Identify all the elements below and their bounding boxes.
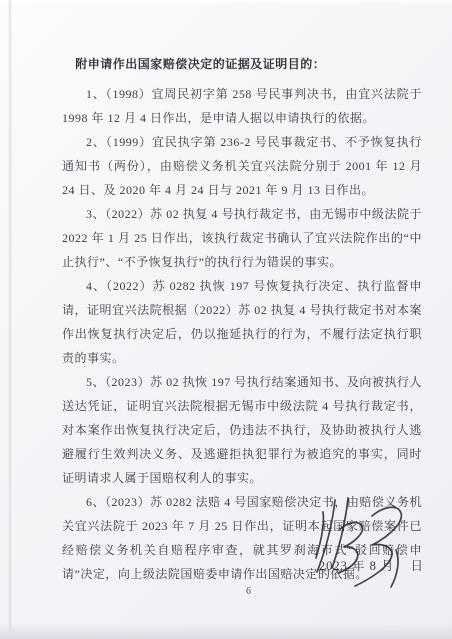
page-number: 6 [246, 586, 251, 597]
paragraph: 5、（2023）苏 02 执恢 197 号执行结案通知书、及向被执行人送达凭证，… [62, 370, 422, 490]
paragraph-list: 1、（1998）宜周民初字第 258 号民事判决书，由宜兴法院于 1998 年 … [62, 82, 422, 586]
paragraph: 3、（2022）苏 02 执复 4 号执行裁定书，由无锡市中级法院于 2022 … [62, 202, 422, 274]
date-prefix: 2023 年 8 月 [319, 559, 395, 573]
scanned-document-page: 附申请作出国家赔偿决定的证据及证明目的： 1、（1998）宜周民初字第 258 … [0, 0, 452, 639]
date-line: 2023 年 8 月日 [319, 556, 424, 574]
paragraph: 1、（1998）宜周民初字第 258 号民事判决书，由宜兴法院于 1998 年 … [62, 82, 422, 130]
document-body: 附申请作出国家赔偿决定的证据及证明目的： 1、（1998）宜周民初字第 258 … [62, 52, 422, 586]
paragraph: 4、（2022）苏 0282 执恢 197 号恢复执行决定、执行监督申请，证明宜… [62, 274, 422, 370]
page-top-edge [0, 0, 452, 6]
document-heading: 附申请作出国家赔偿决定的证据及证明目的： [62, 52, 422, 76]
page-left-edge [8, 0, 12, 639]
paragraph: 2、（1999）宜民执字第 236-2 号民事裁定书、不予恢复执行通知书（两份）… [62, 130, 422, 202]
page-bottom-edge [0, 623, 452, 639]
date-suffix: 日 [410, 559, 424, 573]
